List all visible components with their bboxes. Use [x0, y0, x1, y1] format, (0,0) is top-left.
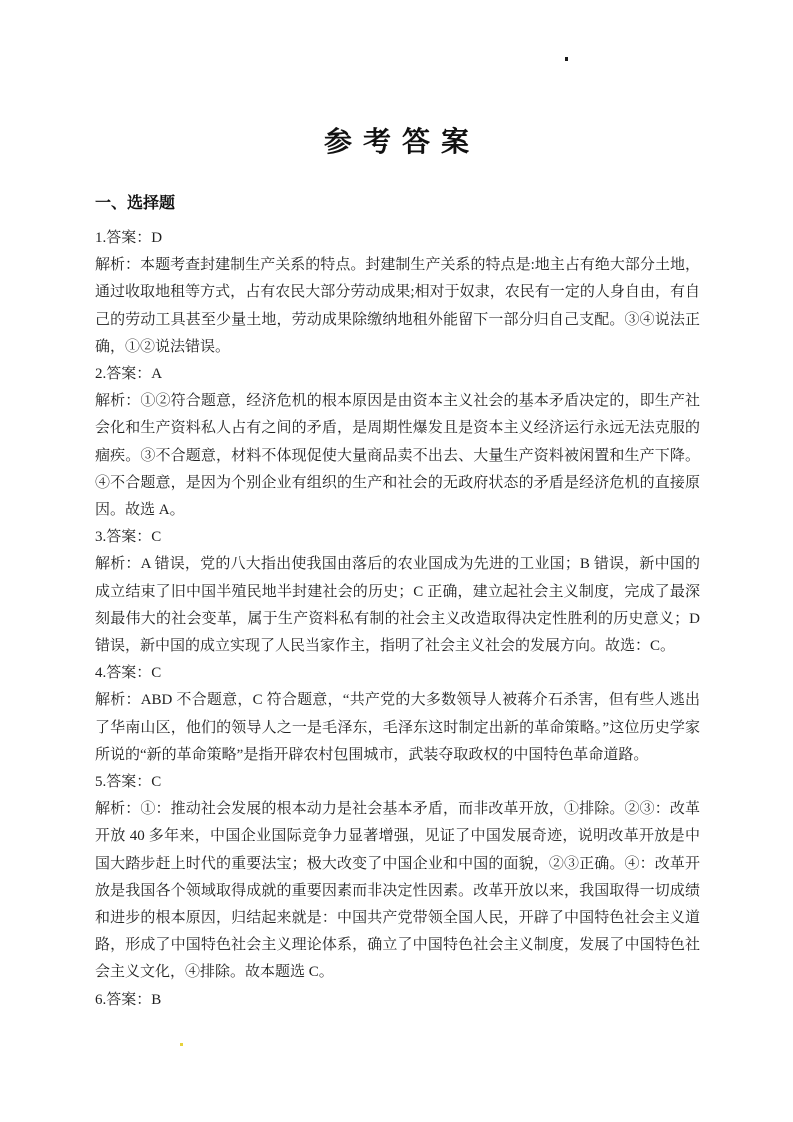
answer-label: 5.答案：C — [95, 769, 700, 796]
answers-list: 1.答案：D 解析：本题考查封建制生产关系的特点。封建制生产关系的特点是:地主占… — [95, 225, 700, 1014]
stray-ink-mark-bottom — [180, 1043, 183, 1046]
page-title: 参 考 答 案 — [95, 128, 700, 158]
answer-explanation: 解析：ABD 不合题意，C 符合题意，“共产党的大多数领导人被蒋介石杀害，但有些… — [95, 687, 700, 769]
answer-item-2: 2.答案：A 解析：①②符合题意，经济危机的根本原因是由资本主义社会的基本矛盾决… — [95, 361, 700, 524]
answer-explanation: 解析：本题考查封建制生产关系的特点。封建制生产关系的特点是:地主占有绝大部分土地… — [95, 252, 700, 361]
stray-ink-mark-top — [565, 57, 568, 61]
answer-explanation: 解析：①②符合题意，经济危机的根本原因是由资本主义社会的基本矛盾决定的，即生产社… — [95, 388, 700, 524]
answer-label: 1.答案：D — [95, 225, 700, 252]
section-heading: 一、选择题 — [95, 194, 700, 213]
answer-label: 2.答案：A — [95, 361, 700, 388]
answer-explanation: 解析：①：推动社会发展的根本动力是社会基本矛盾，而非改革开放，①排除。②③：改革… — [95, 796, 700, 986]
answer-item-6: 6.答案：B — [95, 987, 700, 1014]
answer-item-3: 3.答案：C 解析：A 错误，党的八大指出使我国由落后的农业国成为先进的工业国；… — [95, 524, 700, 660]
answer-item-4: 4.答案：C 解析：ABD 不合题意，C 符合题意，“共产党的大多数领导人被蒋介… — [95, 660, 700, 769]
answer-item-5: 5.答案：C 解析：①：推动社会发展的根本动力是社会基本矛盾，而非改革开放，①排… — [95, 769, 700, 987]
document-page: 参 考 答 案 一、选择题 1.答案：D 解析：本题考查封建制生产关系的特点。封… — [0, 0, 793, 1122]
answer-label: 4.答案：C — [95, 660, 700, 687]
answer-label: 3.答案：C — [95, 524, 700, 551]
answer-item-1: 1.答案：D 解析：本题考查封建制生产关系的特点。封建制生产关系的特点是:地主占… — [95, 225, 700, 361]
document-content: 参 考 答 案 一、选择题 1.答案：D 解析：本题考查封建制生产关系的特点。封… — [95, 128, 700, 1014]
answer-explanation: 解析：A 错误，党的八大指出使我国由落后的农业国成为先进的工业国；B 错误，新中… — [95, 551, 700, 660]
answer-label: 6.答案：B — [95, 987, 700, 1014]
